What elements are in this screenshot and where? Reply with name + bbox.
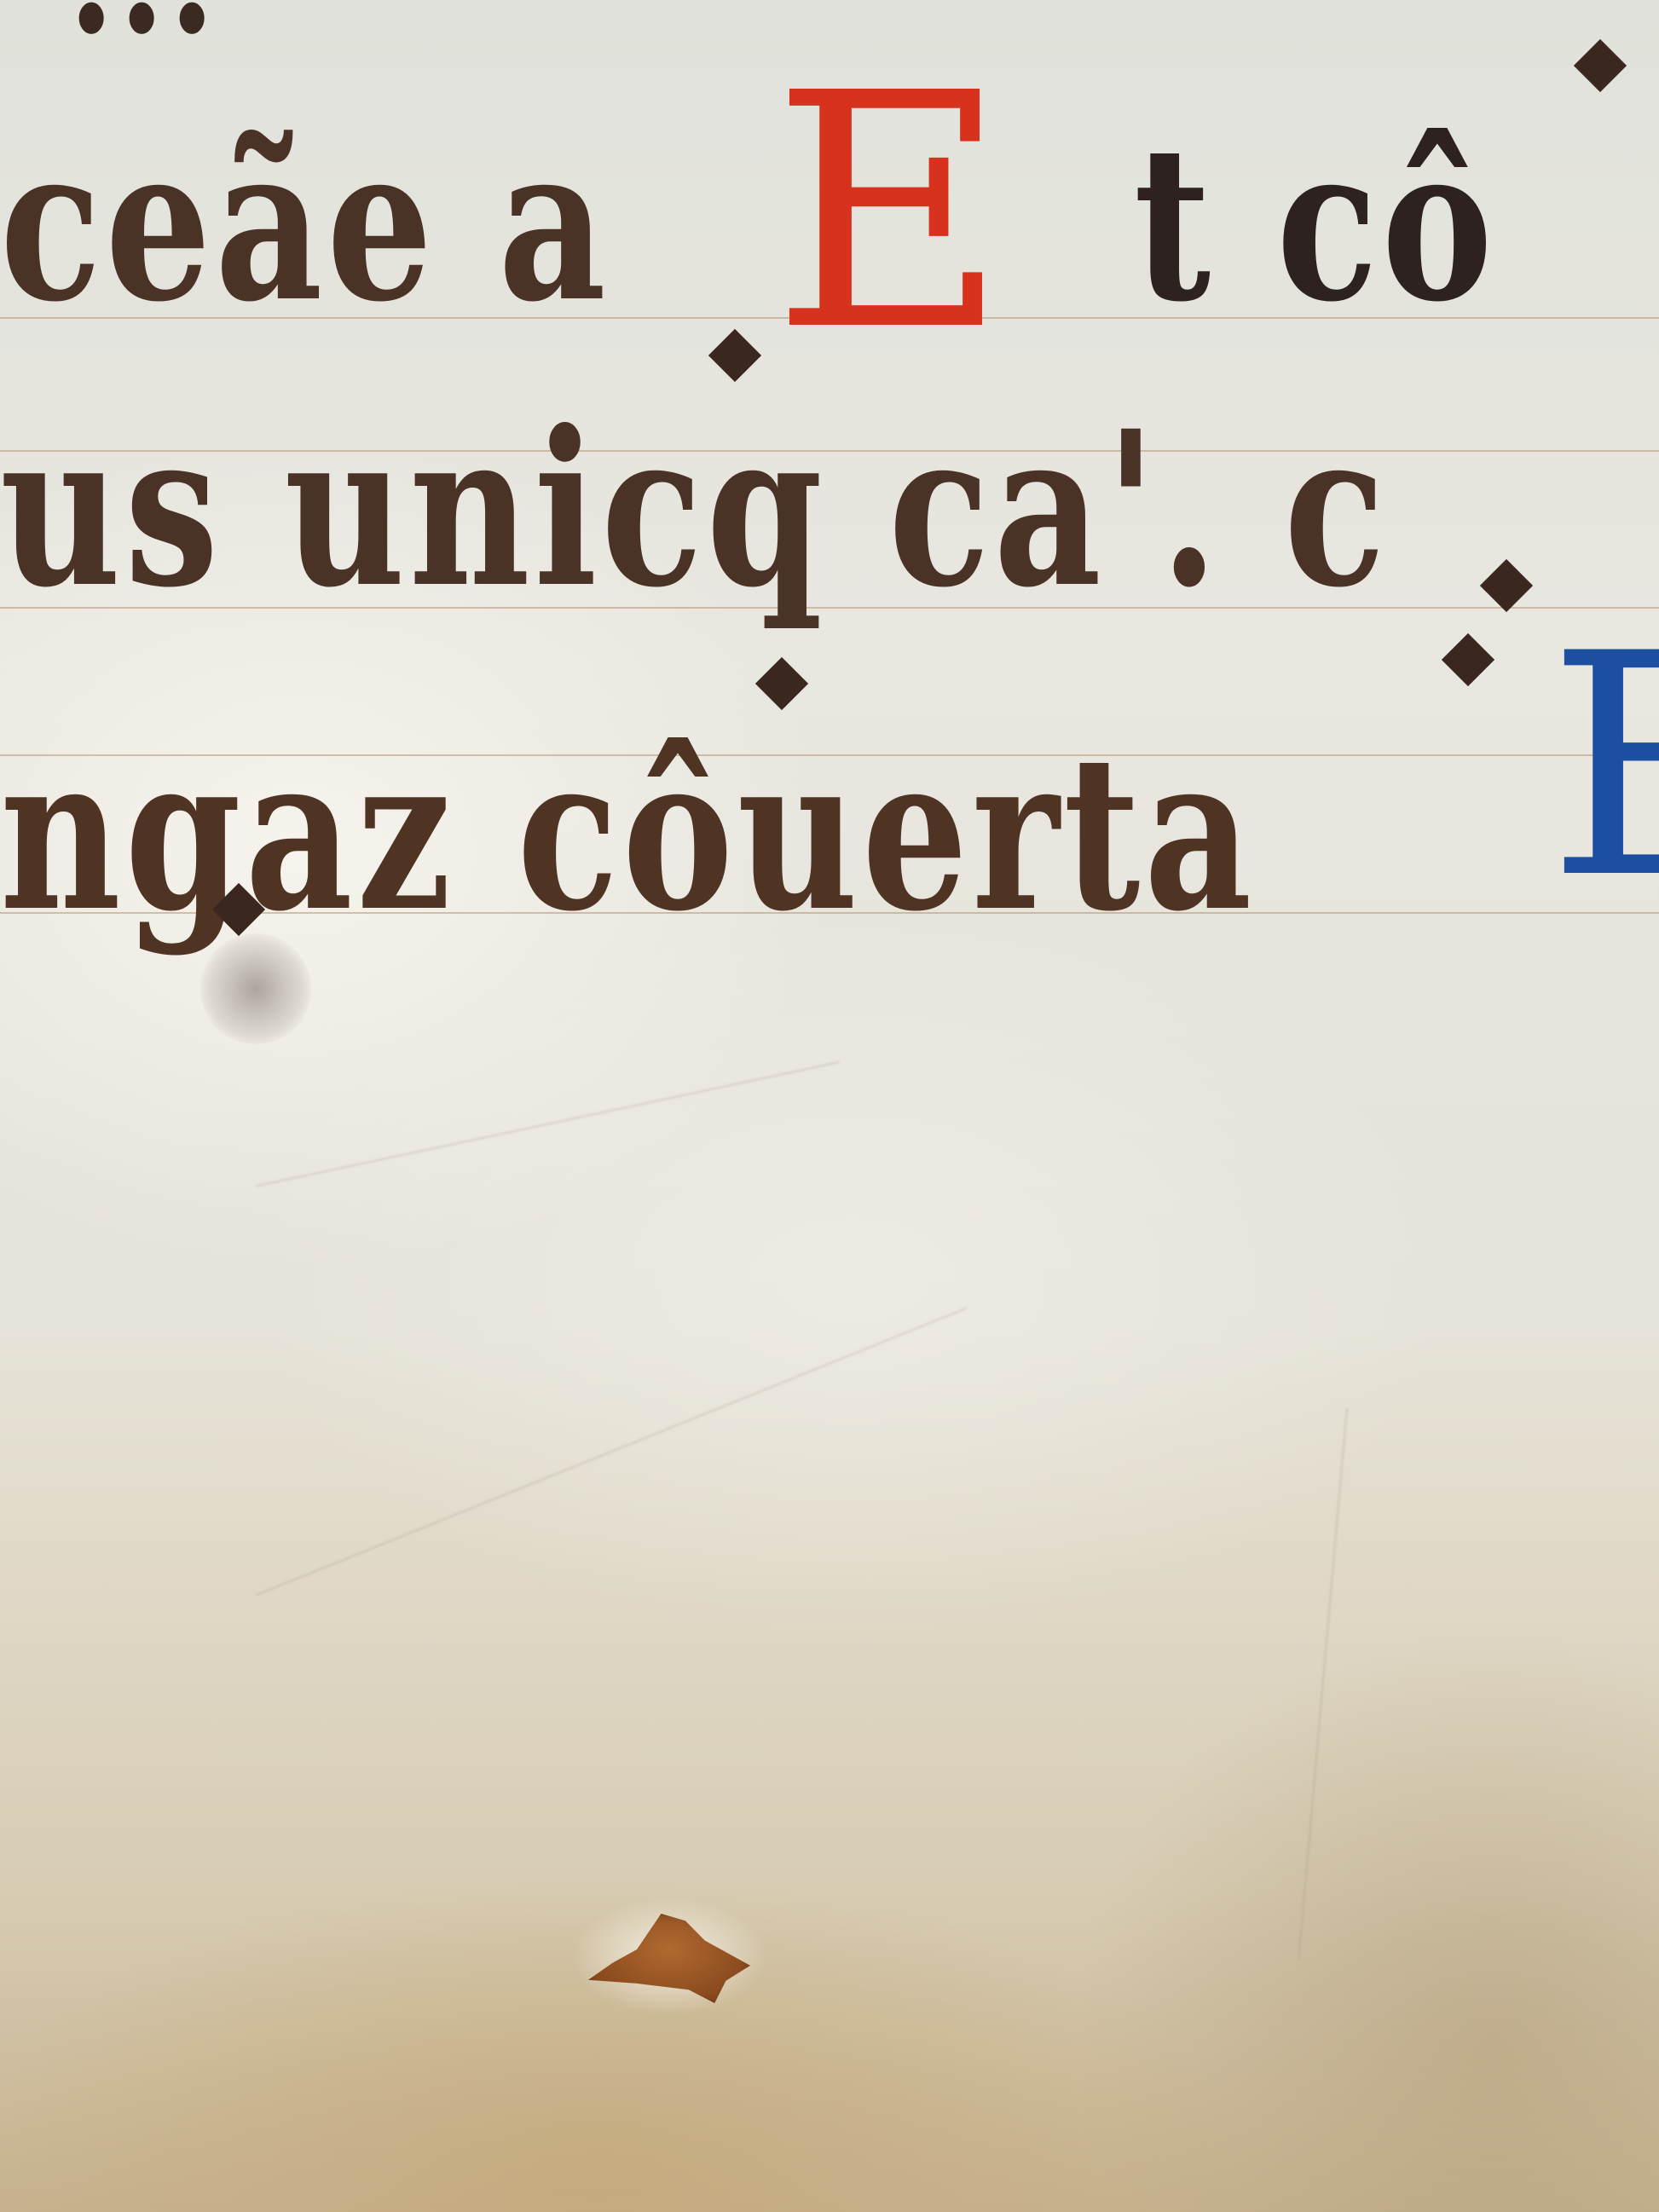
red-initial-E: E — [772, 51, 1008, 375]
text-line-1-after: t cô — [1134, 98, 1496, 349]
text-line-3: ngaz côuerta — [0, 707, 1256, 958]
stain-spot — [200, 933, 311, 1044]
text-line-1-before: ceãe a — [0, 98, 610, 349]
blue-initial-E: E — [1547, 614, 1659, 921]
text-line-0-partial: ... — [68, 0, 219, 72]
text-line-2: us unicq ca'. c — [0, 384, 1390, 634]
